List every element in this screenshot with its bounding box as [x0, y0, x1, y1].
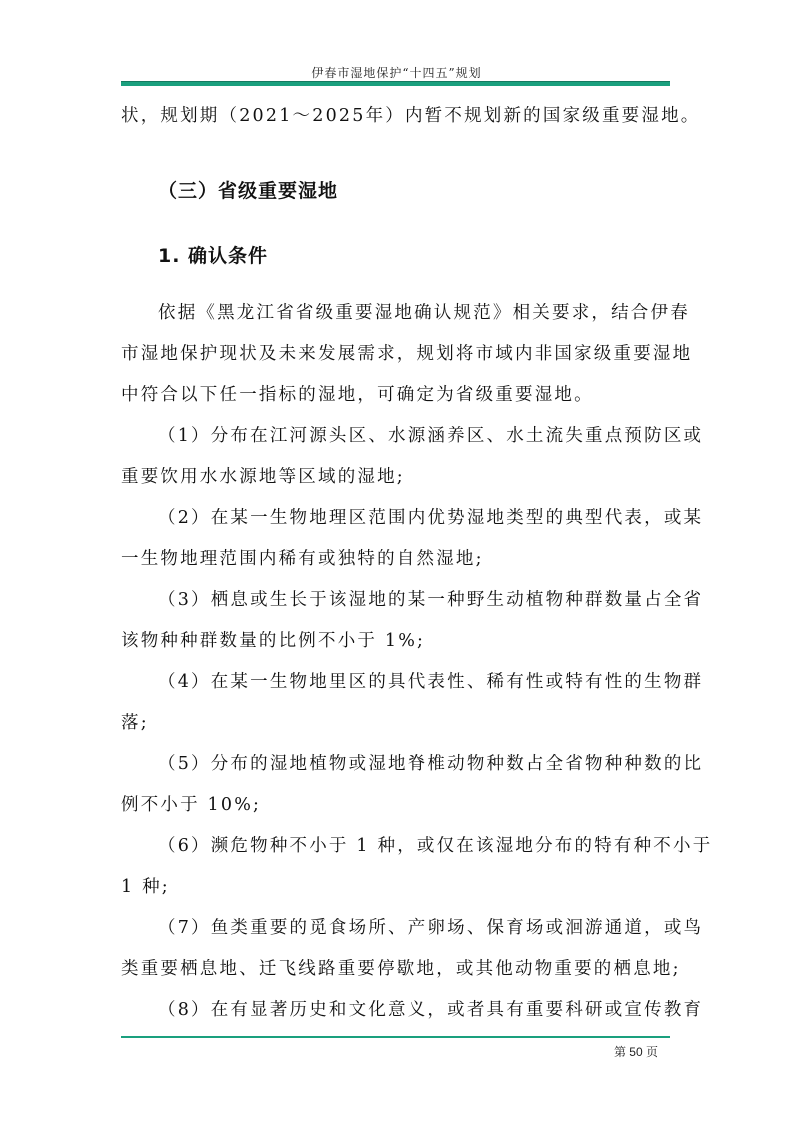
- text-line: 落;: [121, 703, 670, 744]
- text-line: 例不小于 10%;: [121, 785, 670, 826]
- document-body: 状，规划期（2021～2025年）内暂不规划新的国家级重要湿地。 （三）省级重要…: [121, 96, 670, 1031]
- text-line: 该物种种群数量的比例不小于 1%;: [121, 621, 670, 662]
- header-title: 伊春市湿地保护“十四五”规划: [0, 64, 793, 81]
- text-line: （8）在有显著历史和文化意义，或者具有重要科研或宣传教育: [121, 990, 670, 1031]
- criterion-item: （3）栖息或生长于该湿地的某一种野生动植物种群数量占全省 该物种种群数量的比例不…: [121, 580, 670, 662]
- text-line: 1 种;: [121, 867, 670, 908]
- page-number: 第 50 页: [600, 1043, 658, 1060]
- text-line: （5）分布的湿地植物或湿地脊椎动物种数占全省物种种数的比: [121, 744, 670, 785]
- subsection-heading: 1. 确认条件: [121, 236, 670, 277]
- text-line: 类重要栖息地、迁飞线路重要停歇地，或其他动物重要的栖息地;: [121, 949, 670, 990]
- text-line: （4）在某一生物地里区的具代表性、稀有性或特有性的生物群: [121, 662, 670, 703]
- text-line: （3）栖息或生长于该湿地的某一种野生动植物种群数量占全省: [121, 580, 670, 621]
- continuation-paragraph: 状，规划期（2021～2025年）内暂不规划新的国家级重要湿地。: [121, 96, 670, 137]
- text-line: （7）鱼类重要的觅食场所、产卵场、保育场或洄游通道，或鸟: [121, 908, 670, 949]
- text-line: 一生物地理范围内稀有或独特的自然湿地;: [121, 539, 670, 580]
- criterion-item: （4）在某一生物地里区的具代表性、稀有性或特有性的生物群 落;: [121, 662, 670, 744]
- criterion-item: （1）分布在江河源头区、水源涵养区、水土流失重点预防区或 重要饮用水水源地等区域…: [121, 416, 670, 498]
- criterion-item: （2）在某一生物地理区范围内优势湿地类型的典型代表，或某 一生物地理范围内稀有或…: [121, 498, 670, 580]
- section-heading: （三）省级重要湿地: [121, 171, 670, 212]
- text-line: 重要饮用水水源地等区域的湿地;: [121, 457, 670, 498]
- criterion-item: （7）鱼类重要的觅食场所、产卵场、保育场或洄游通道，或鸟 类重要栖息地、迁飞线路…: [121, 908, 670, 990]
- text-line: 中符合以下任一指标的湿地，可确定为省级重要湿地。: [121, 375, 670, 416]
- criterion-item: （8）在有显著历史和文化意义，或者具有重要科研或宣传教育: [121, 990, 670, 1031]
- text-line: （6）濒危物种不小于 1 种，或仅在该湿地分布的特有种不小于: [121, 826, 670, 867]
- intro-paragraph: 依据《黑龙江省省级重要湿地确认规范》相关要求，结合伊春 市湿地保护现状及未来发展…: [121, 293, 670, 416]
- footer-divider: [121, 1036, 670, 1038]
- text-line: （1）分布在江河源头区、水源涵养区、水土流失重点预防区或: [121, 416, 670, 457]
- text-line: 市湿地保护现状及未来发展需求，规划将市域内非国家级重要湿地: [121, 334, 670, 375]
- criterion-item: （5）分布的湿地植物或湿地脊椎动物种数占全省物种种数的比 例不小于 10%;: [121, 744, 670, 826]
- text-line: （2）在某一生物地理区范围内优势湿地类型的典型代表，或某: [121, 498, 670, 539]
- criterion-item: （6）濒危物种不小于 1 种，或仅在该湿地分布的特有种不小于 1 种;: [121, 826, 670, 908]
- text-line: 依据《黑龙江省省级重要湿地确认规范》相关要求，结合伊春: [121, 293, 670, 334]
- header-divider: [121, 81, 670, 86]
